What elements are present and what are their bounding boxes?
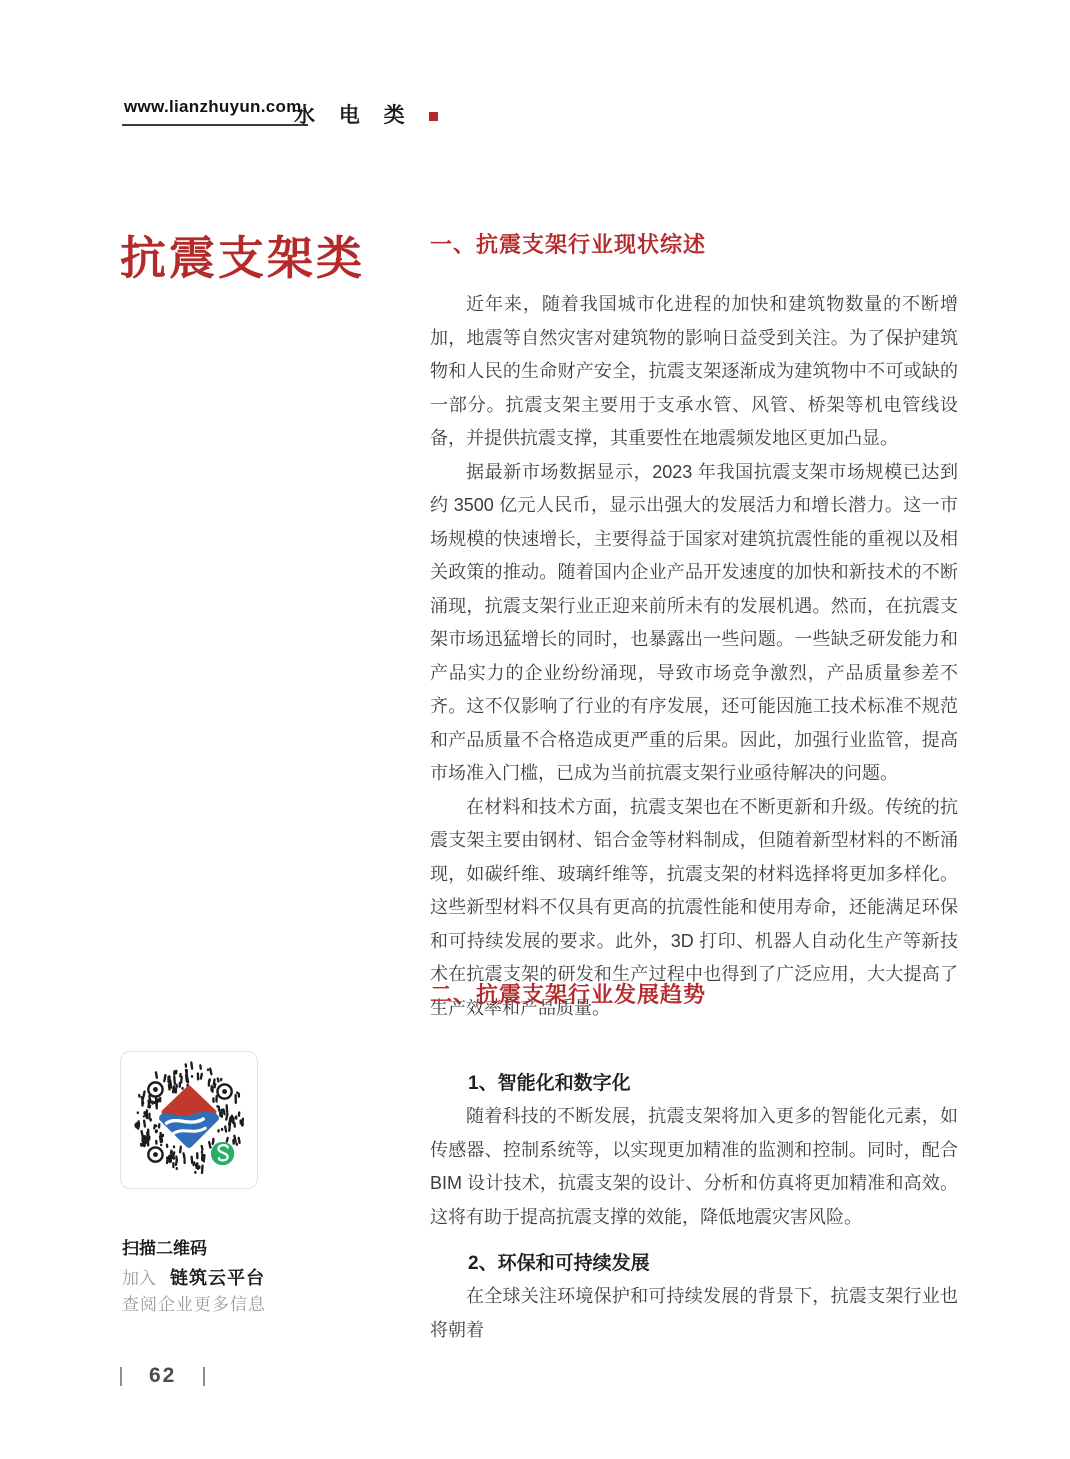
page-number: 62 (149, 1364, 176, 1388)
company-logo-icon (163, 1087, 216, 1144)
subsection2-title: 2、环保和可持续发展 (430, 1248, 958, 1275)
platform-name: 链筑云平台 (170, 1268, 265, 1288)
paragraph: 据最新市场数据显示，2023 年我国抗震支架市场规模已达到约 3500 亿元人民… (430, 456, 958, 791)
wechat-badge-icon (211, 1142, 234, 1165)
section2-heading: 二、抗震支架行业发展趋势 (430, 978, 706, 1009)
paragraph: 在全球关注环境保护和可持续发展的背景下，抗震支架行业也将朝着 (430, 1280, 958, 1347)
subsection1-body: 随着科技的不断发展，抗震支架将加入更多的智能化元素，如传感器、控制系统等，以实现… (430, 1100, 958, 1234)
subsection2-body: 在全球关注环境保护和可持续发展的背景下，抗震支架行业也将朝着 (430, 1280, 958, 1347)
page-footer: 62 (120, 1364, 205, 1388)
qr-scan-caption: 扫描二维码 (122, 1234, 207, 1259)
subsection1-title: 1、智能化和数字化 (430, 1068, 958, 1095)
paragraph: 近年来，随着我国城市化进程的加快和建筑物数量的不断增加，地震等自然灾害对建筑物的… (430, 288, 958, 456)
qr-join-line: 加入链筑云平台 (122, 1264, 265, 1290)
section1-heading: 一、抗震支架行业现状综述 (430, 228, 706, 259)
join-prefix: 加入 (122, 1269, 156, 1288)
footer-divider (203, 1367, 205, 1386)
footer-divider (120, 1367, 122, 1386)
category-label: 水 电 类 (294, 99, 414, 129)
qr-code-art (128, 1059, 250, 1181)
qr-more-info: 查阅企业更多信息 (122, 1290, 266, 1315)
page-title: 抗震支架类 (120, 222, 365, 288)
red-square-marker (429, 112, 438, 121)
section1-body: 近年来，随着我国城市化进程的加快和建筑物数量的不断增加，地震等自然灾害对建筑物的… (430, 288, 958, 1025)
catalog-page: www.lianzhuyun.com 水 电 类 抗震支架类 (0, 0, 1070, 1459)
wechat-qr-code (120, 1051, 258, 1189)
paragraph: 随着科技的不断发展，抗震支架将加入更多的智能化元素，如传感器、控制系统等，以实现… (430, 1100, 958, 1234)
website-url: www.lianzhuyun.com (122, 97, 308, 126)
